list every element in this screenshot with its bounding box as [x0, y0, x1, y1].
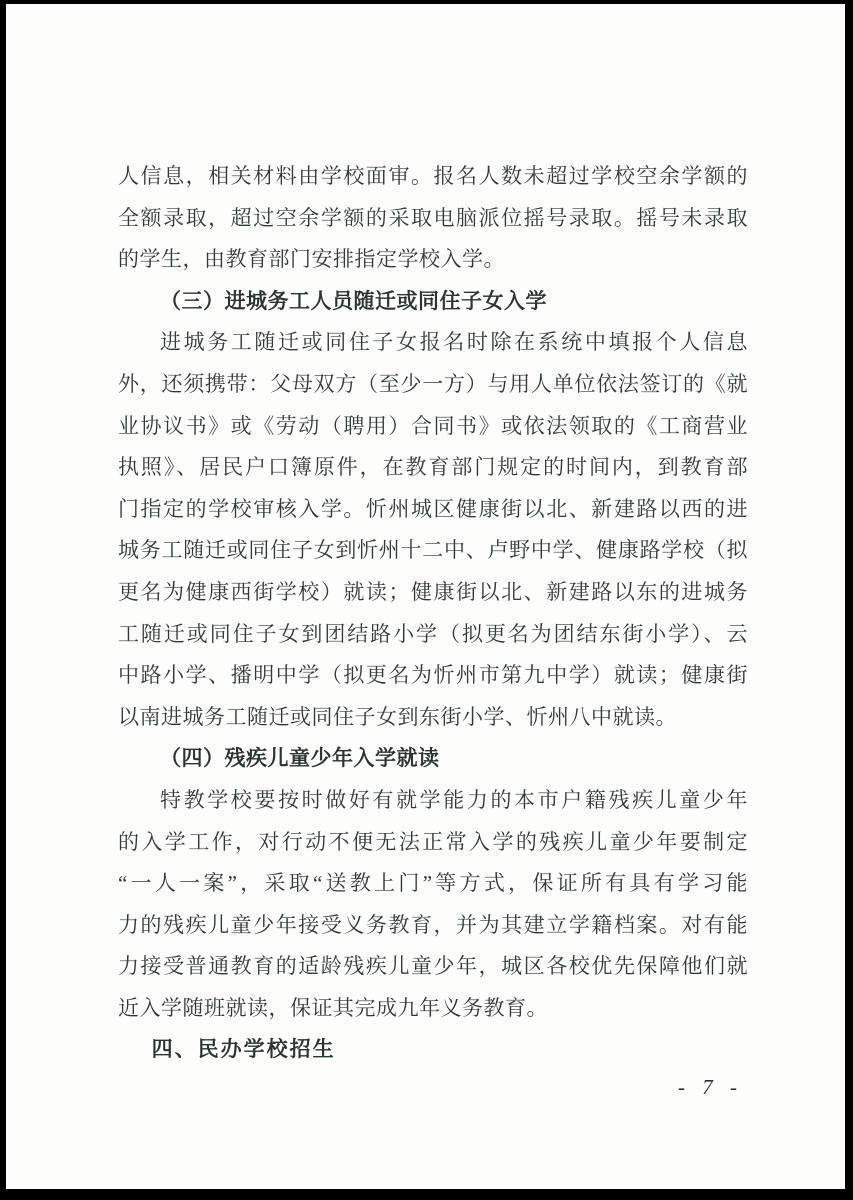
paragraph-line: 全额录取，超过空余学额的采取电脑派位摇号录取。摇号未录取: [118, 198, 748, 240]
paragraph-line: 执照》、居民户口簿原件，在教育部门规定的时间内，到教育部: [118, 447, 748, 489]
paragraph-line: 力的残疾儿童少年接受义务教育，并为其建立学籍档案。对有能: [118, 905, 748, 947]
paragraph-line: 特教学校要按时做好有就学能力的本市户籍残疾儿童少年: [118, 780, 748, 822]
paragraph-line: 进城务工随迁或同住子女报名时除在系统中填报个人信息: [118, 322, 748, 364]
section-heading: （三）进城务工人员随迁或同住子女入学: [118, 281, 748, 323]
paragraph-line: 中路小学、播明中学（拟更名为忻州市第九中学）就读；健康街: [118, 655, 748, 697]
paragraph-line: “一人一案”，采取“送教上门”等方式，保证所有具有学习能: [118, 863, 748, 905]
page-number: - 7 -: [678, 1072, 743, 1102]
paragraph-line: 力接受普通教育的适龄残疾儿童少年，城区各校优先保障他们就: [118, 946, 748, 988]
paragraph-line: 更名为健康西街学校）就读；健康街以北、新建路以东的进城务: [118, 572, 748, 614]
paragraph-line: 工随迁或同住子女到团结路小学（拟更名为团结东街小学）、云: [118, 614, 748, 656]
paragraph-line: 城务工随迁或同住子女到忻州十二中、卢野中学、健康路学校（拟: [118, 530, 748, 572]
section-heading: （四）残疾儿童少年入学就读: [118, 738, 748, 780]
paragraph-line: 业协议书》或《劳动（聘用）合同书》或依法领取的《工商营业: [118, 406, 748, 448]
paragraph-line: 以南进城务工随迁或同住子女到东街小学、忻州八中就读。: [118, 697, 748, 739]
paragraph-line: 的学生，由教育部门安排指定学校入学。: [118, 239, 748, 281]
section-heading: 四、民办学校招生: [118, 1029, 748, 1071]
document-lines: 人信息，相关材料由学校面审。报名人数未超过学校空余学额的全额录取，超过空余学额的…: [118, 156, 748, 1071]
paragraph-line: 近入学随班就读，保证其完成九年义务教育。: [118, 988, 748, 1030]
paragraph-line: 人信息，相关材料由学校面审。报名人数未超过学校空余学额的: [118, 156, 748, 198]
scanned-document-screenshot: { "colors": { "ink": "#2f3a38", "paper":…: [0, 0, 853, 1200]
paragraph-line: 的入学工作，对行动不便无法正常入学的残疾儿童少年要制定: [118, 822, 748, 864]
paragraph-line: 外，还须携带：父母双方（至少一方）与用人单位依法签订的《就: [118, 364, 748, 406]
paragraph-line: 门指定的学校审核入学。忻州城区健康街以北、新建路以西的进: [118, 489, 748, 531]
document-page: 人信息，相关材料由学校面审。报名人数未超过学校空余学额的全额录取，超过空余学额的…: [6, 4, 845, 1189]
